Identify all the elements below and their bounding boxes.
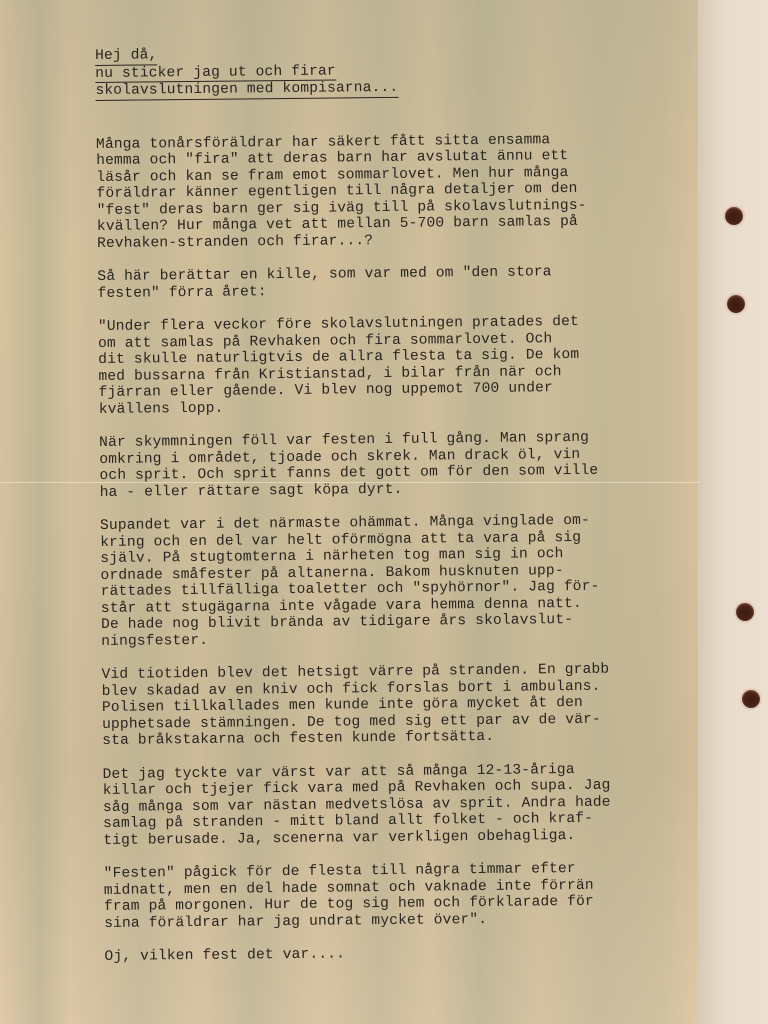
typewritten-document: Hej då, nu sticker jag ut och firar skol… [95,42,725,983]
punch-hole-icon [725,207,743,225]
punch-hole-icon [736,603,754,621]
document-heading: Hej då, nu sticker jag ut och firar skol… [95,42,716,101]
heading-line: skolavslutningen med kompisarna... [95,80,398,101]
punch-hole-icon [742,690,760,708]
paragraph: Oj, vilken fest det var.... [104,942,724,965]
text-line: Oj, vilken fest det var.... [104,942,724,965]
paragraph: Supandet var i det närmaste ohämmat. Mån… [100,511,721,649]
document-body: Många tonårsföräldrar har säkert fått si… [96,130,725,965]
heading-line: Hej då, [95,47,158,65]
paragraph: "Festen" pågick för de flesta till några… [104,859,725,931]
punch-hole-icon [727,295,745,313]
paragraph: Vid tiotiden blev det hetsigt värre på s… [101,660,722,749]
paragraph: Det jag tyckte var värst var att så mång… [103,760,724,849]
paragraph: Många tonårsföräldrar har säkert fått si… [96,130,717,252]
paragraph: Så här berättar en kille, som var med om… [97,262,717,301]
paragraph: "Under flera veckor före skolavslutninge… [98,312,719,417]
paragraph: När skymmningen föll var festen i full g… [99,428,720,500]
